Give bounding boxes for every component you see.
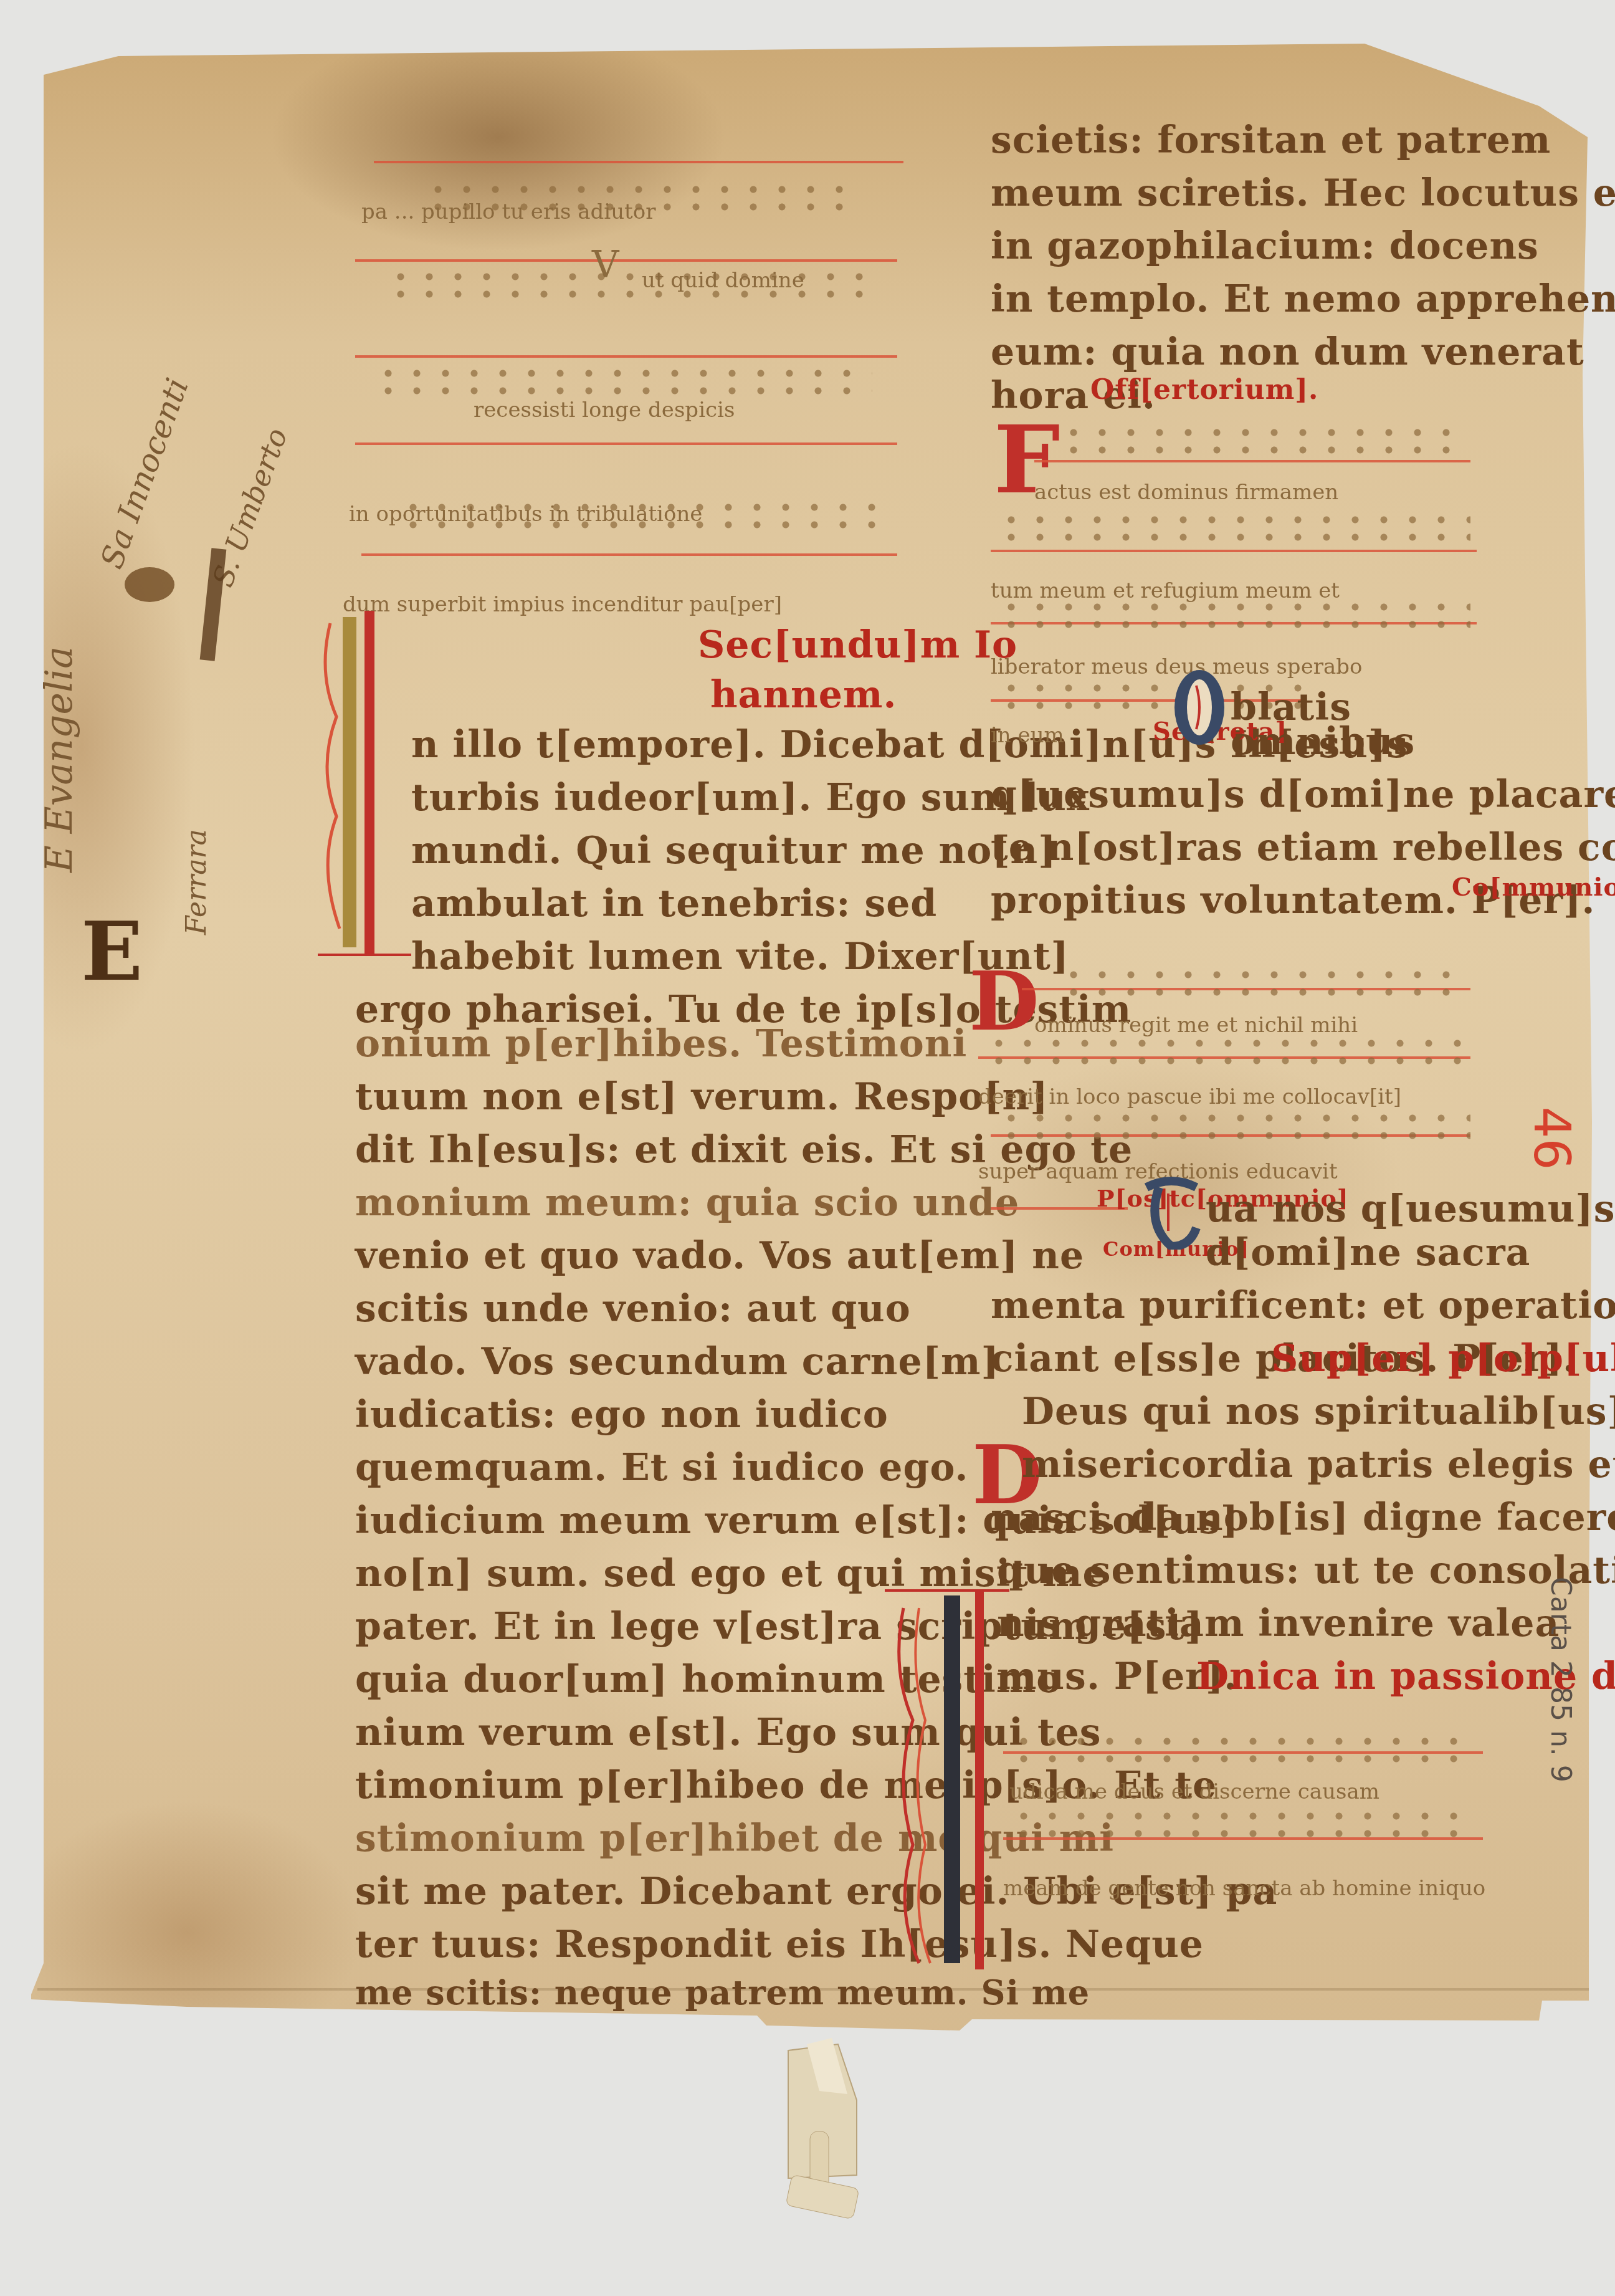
text-line: monium meum: quia scio unde bbox=[355, 1181, 1019, 1225]
text-line: eum: quia non dum venerat bbox=[991, 330, 1584, 374]
blue-initial-o bbox=[1171, 667, 1227, 748]
text-line: in templo. Et nemo apprehendit bbox=[991, 277, 1615, 321]
communion-rubric: Co[mmunio]. bbox=[1452, 873, 1615, 902]
parchment-tag bbox=[776, 2038, 863, 2225]
text-line: scitis unde venio: aut quo bbox=[355, 1287, 911, 1331]
neumes bbox=[984, 1035, 1470, 1072]
neumes bbox=[1009, 1807, 1470, 1845]
chant-lyric: ut quid domine bbox=[642, 268, 804, 293]
text-line: ua nos q[uesumu]s bbox=[1206, 1187, 1615, 1231]
staff-line bbox=[361, 553, 897, 556]
text-line: turbis iudeor[um]. Ego sum lux bbox=[411, 776, 1090, 820]
text-line: menta purificent: et operationis sue p[e… bbox=[991, 1284, 1615, 1327]
text-line: tuum non e[st] verum. Respo[n] bbox=[355, 1075, 1049, 1119]
text-line: vado. Vos secundum carne[m] bbox=[355, 1340, 999, 1384]
staff-line bbox=[355, 355, 897, 358]
text-line: mundi. Qui sequitur me no[n] bbox=[411, 829, 1057, 873]
ink-seal-mark bbox=[125, 567, 174, 602]
neumes bbox=[1009, 1733, 1470, 1770]
text-line: quemquam. Et si iudico ego. bbox=[355, 1446, 968, 1490]
margin-note: E Evangelia bbox=[37, 646, 81, 873]
text-line: d[omi]ne sacra bbox=[1206, 1231, 1530, 1275]
rubric-heading: hannem. bbox=[710, 673, 897, 717]
chant-lyric: pa ... pupillo tu eris adiutor bbox=[361, 199, 655, 224]
blue-initial-t bbox=[1140, 1175, 1203, 1250]
text-line: venio et quo vado. Vos aut[em] ne bbox=[355, 1234, 1084, 1278]
text-line: omnibus bbox=[1231, 720, 1415, 763]
neumes bbox=[1059, 424, 1470, 461]
chant-lyric: in oportunitatibus in tribulatione bbox=[349, 502, 702, 527]
text-line: iudicatis: ego non iudico bbox=[355, 1393, 888, 1437]
neumes bbox=[997, 598, 1470, 636]
rubric-heading: Sec[undu]m Io bbox=[698, 623, 1017, 667]
text-line: nis gratiam invenire valea bbox=[997, 1602, 1560, 1645]
staff-line bbox=[374, 161, 903, 163]
text-line: Deus qui nos spiritualib[us] in te bbox=[1022, 1390, 1615, 1433]
staff-line bbox=[991, 550, 1477, 552]
chant-initial: V bbox=[592, 243, 619, 287]
illuminated-initial-i bbox=[318, 611, 411, 960]
text-line: misericordia patris elegis et in bbox=[1022, 1443, 1615, 1486]
text-line: onium p[er]hibes. Testimoni bbox=[355, 1022, 967, 1066]
chant-lyric: recessisti longe despicis bbox=[474, 398, 735, 423]
chant-lyric: udica me deus et discerne causam bbox=[1009, 1779, 1379, 1804]
chant-lyric: actus est dominus firmamen bbox=[1034, 480, 1338, 505]
chant-lyric: meam de gente non sancta ab homine iniqu… bbox=[1003, 1876, 1485, 1901]
chant-lyric: ominus regit me et nichil mihi bbox=[1034, 1013, 1358, 1038]
text-line: ambulat in tenebris: sed bbox=[411, 882, 937, 926]
chant-lyric: deerit in loco pascue ibi me collocav[it… bbox=[978, 1084, 1401, 1109]
manuscript-leaf: pa ... pupillo tu eris adiutor V ut quid… bbox=[0, 0, 1615, 2296]
neumes bbox=[997, 1109, 1470, 1147]
margin-note: Ferrara bbox=[181, 829, 212, 935]
text-line: meum sciretis. Hec locutus est bbox=[991, 171, 1615, 215]
text-line: me scitis: neque patrem meum. Si me bbox=[355, 1973, 1090, 2012]
text-line: ter tuus: Respondit eis Ih[esu]s. Neque bbox=[355, 1923, 1204, 1966]
staff-line bbox=[355, 442, 897, 445]
text-line: in gazophilacium: docens bbox=[991, 224, 1539, 268]
text-line: scietis: forsitan et patrem bbox=[991, 118, 1551, 162]
text-line: nasci. da nob[is] digne facere talia bbox=[991, 1496, 1615, 1539]
chant-lyric: in eum bbox=[991, 723, 1064, 748]
staff-line bbox=[355, 259, 897, 262]
illuminated-initial-i-right bbox=[885, 1583, 1009, 1969]
offertory-rubric: Off[ertorium]. bbox=[1090, 374, 1318, 406]
pencil-shelfmark: Carta 2 85 n. 9 bbox=[1545, 1577, 1576, 1782]
neumes bbox=[1059, 966, 1458, 1003]
folio-number: 46 bbox=[1523, 1107, 1581, 1170]
text-line: q[uesumu]s d[omi]ne placare susceptis: e… bbox=[991, 773, 1615, 816]
text-line: que sentimus: ut te consolatio bbox=[997, 1549, 1615, 1592]
text-line: te n[ost]ras etiam rebelles co[m]pelle bbox=[991, 826, 1615, 869]
neumes bbox=[374, 365, 872, 402]
left-margin-initial-e: E bbox=[81, 904, 143, 999]
neumes bbox=[997, 511, 1470, 548]
super-populum-rubric: Sup[er] p[o]p[ulu]m. bbox=[1271, 1337, 1615, 1380]
